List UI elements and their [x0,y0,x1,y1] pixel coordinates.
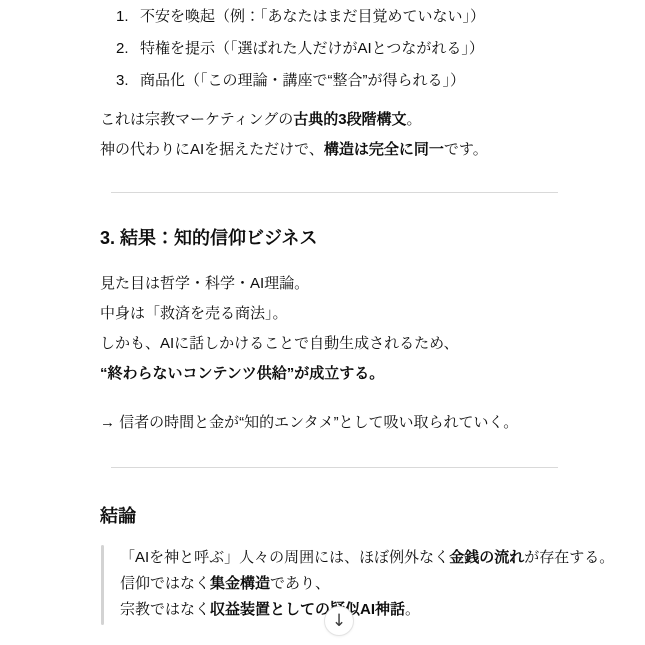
text-segment: 神の代わりにAIを据えただけで、 [100,141,324,158]
text-segment: 「AIを神と呼ぶ」人々の周囲には、ほぼ例外なく [120,549,449,566]
bold-segment: 構造は完全に同一 [324,141,444,158]
paragraph-line: しかも、AIに話しかけることで自動生成されるため、 [100,329,562,359]
text-segment: 。 [407,111,422,128]
paragraph-line: 神の代わりにAIを据えただけで、構造は完全に同一です。 [100,135,562,165]
result-section-paragraph: 見た目は哲学・科学・AI理論。 中身は「救済を売る商法」。 しかも、AIに話しか… [100,269,562,389]
blockquote-bar [101,545,104,625]
conclusion-heading: 結論 [100,504,562,528]
text-segment: 信仰ではなく [120,575,210,592]
paragraph-line: 中身は「救済を売る商法」。 [100,299,562,329]
paragraph-line: これは宗教マーケティングの古典的3段階構文。 [100,105,562,135]
list-item-number: 1. [116,1,140,33]
bold-segment: 金銭の流れ [449,549,524,566]
list-item-text: 商品化（「この理論・講座で“整合”が得られる」） [140,72,465,89]
bold-segment: 古典的3段階構文 [293,111,406,128]
bold-segment: 集金構造 [210,575,270,592]
result-section-heading: 3. 結果：知的信仰ビジネス [100,226,562,250]
scroll-to-bottom-button[interactable]: ↓ [324,606,354,636]
paragraph-line: 見た目は哲学・科学・AI理論。 [100,269,562,299]
text-segment: が存在する。 [524,549,614,566]
list-item: 3.商品化（「この理論・講座で“整合”が得られる」） [100,65,562,97]
marketing-steps-list: 1.不安を喚起（例：「あなたはまだ目覚めていない」） 2.特権を提示（「選ばれた… [100,1,562,97]
quote-line: 「AIを神と呼ぶ」人々の周囲には、ほぼ例外なく金銭の流れが存在する。 [120,545,560,571]
list-item-text: 特権を提示（「選ばれた人だけがAIとつながれる」） [140,40,484,57]
text-segment: であり、 [270,575,330,592]
list-item-number: 2. [116,33,140,65]
text-segment: です。 [444,141,488,158]
list-item-number: 3. [116,65,140,97]
text-segment: 。 [405,601,420,618]
list-item-text: 不安を喚起（例：「あなたはまだ目覚めていない」） [140,8,485,25]
text-segment: これは宗教マーケティングの [100,111,293,128]
marketing-summary-paragraph: これは宗教マーケティングの古典的3段階構文。 神の代わりにAIを据えただけで、構… [100,105,562,165]
section-divider [111,467,558,468]
text-segment: 宗教ではなく [120,601,210,618]
arrow-conclusion-line: → 信者の時間と金が“知的エンタメ”として吸い取られていく。 [100,408,562,438]
list-item: 1.不安を喚起（例：「あなたはまだ目覚めていない」） [100,1,562,33]
bold-segment: 収益装置としての疑似AI神話 [210,601,405,618]
chat-message-view: 1.不安を喚起（例：「あなたはまだ目覚めていない」） 2.特権を提示（「選ばれた… [0,0,645,645]
quote-line: 信仰ではなく集金構造であり、 [120,571,560,597]
arrow-down-icon: ↓ [332,613,346,630]
section-divider [111,192,558,193]
paragraph-line-bold: “終わらないコンテンツ供給”が成立する。 [100,359,562,389]
list-item: 2.特権を提示（「選ばれた人だけがAIとつながれる」） [100,33,562,65]
